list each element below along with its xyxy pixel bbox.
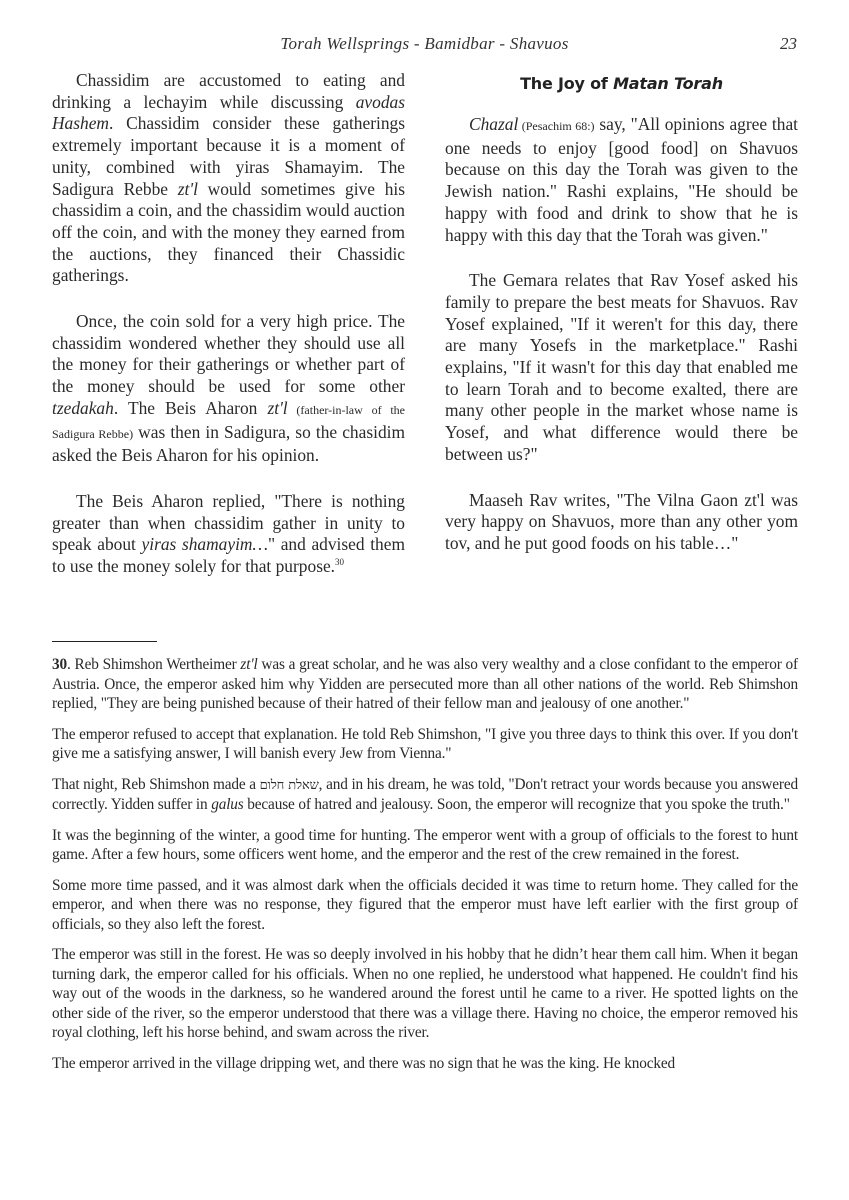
source-citation: (Pesachim 68:)	[518, 119, 594, 133]
italic-term: zt'l	[267, 398, 287, 418]
footnote-number: 30	[52, 656, 67, 673]
paragraph: Once, the coin sold for a very high pric…	[52, 311, 405, 467]
footnote-paragraph: It was the beginning of the winter, a go…	[52, 826, 798, 865]
running-title: Torah Wellsprings - Bamidbar - Shavuos	[0, 34, 849, 54]
footnote-paragraph: 30. Reb Shimshon Wertheimer zt'l was a g…	[52, 655, 798, 714]
italic-term: zt'l	[178, 179, 198, 199]
body-columns: Chassidim are accustomed to eating and d…	[52, 70, 798, 602]
section-heading: The Joy of Matan Torah	[445, 74, 798, 93]
paragraph: The Beis Aharon replied, "There is nothi…	[52, 491, 405, 578]
paragraph: Maaseh Rav writes, "The Vilna Gaon zt'l …	[445, 490, 798, 555]
right-column: The Joy of Matan Torah Chazal (Pesachim …	[445, 70, 798, 602]
footnote-paragraph: The emperor refused to accept that expla…	[52, 725, 798, 764]
footnote-paragraph: The emperor was still in the forest. He …	[52, 945, 798, 1043]
hebrew-term: שאלת חלום	[260, 778, 319, 793]
paragraph: Chassidim are accustomed to eating and d…	[52, 70, 405, 287]
left-column: Chassidim are accustomed to eating and d…	[52, 70, 405, 602]
footnote-reference[interactable]: 30	[335, 557, 344, 567]
page-number: 23	[780, 34, 797, 54]
italic-term: Chazal	[469, 114, 518, 134]
document-page: Torah Wellsprings - Bamidbar - Shavuos 2…	[0, 0, 849, 1200]
paragraph: The Gemara relates that Rav Yosef asked …	[445, 270, 798, 465]
italic-term: galus	[211, 796, 243, 813]
paragraph: Chazal (Pesachim 68:) say, "All opinions…	[445, 114, 798, 246]
footnote-paragraph: Some more time passed, and it was almost…	[52, 876, 798, 935]
footnote-paragraph: The emperor arrived in the village dripp…	[52, 1054, 798, 1074]
italic-term: tzedakah	[52, 398, 114, 418]
running-header: Torah Wellsprings - Bamidbar - Shavuos 2…	[0, 34, 849, 58]
footnote-divider	[52, 641, 157, 642]
footnote-paragraph: That night, Reb Shimshon made a שאלת חלו…	[52, 775, 798, 815]
italic-term: yiras shamayim…	[142, 534, 268, 554]
italic-term: zt'l	[240, 656, 257, 673]
footnotes: 30. Reb Shimshon Wertheimer zt'l was a g…	[52, 655, 798, 1084]
